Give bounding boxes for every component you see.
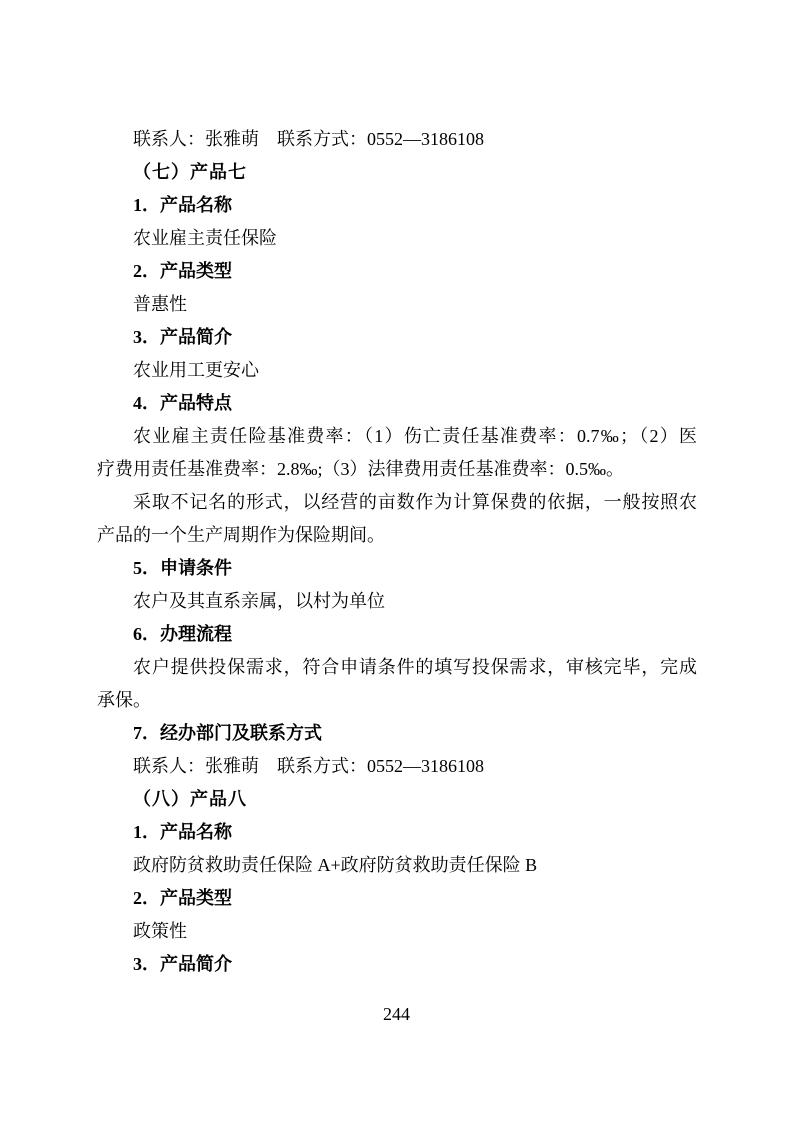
section-title-product-features: 4．产品特点 [97,387,697,420]
section-title-product-type: 2．产品类型 [97,882,697,915]
body-line: 采取不记名的形式，以经营的亩数作为计算保费的依据，一般按照农 [97,486,697,519]
body-line: 政策性 [97,915,697,948]
body-line: 政府防贫救助责任保险 A+政府防贫救助责任保险 B [97,849,697,882]
section-title-product-intro: 3．产品简介 [97,948,697,981]
section-title-product-name: 1．产品名称 [97,189,697,222]
section-title-product-name: 1．产品名称 [97,816,697,849]
body-line: 农业雇主责任险基准费率：（1）伤亡责任基准费率：0.7‰；（2）医 [97,420,697,453]
section-title-product-type: 2．产品类型 [97,255,697,288]
document-page: 联系人：张雅萌 联系方式：0552—3186108 （七）产品七 1．产品名称 … [0,0,793,1122]
body-line: 产品的一个生产周期作为保险期间。 [97,519,697,552]
page-number: 244 [0,998,793,1031]
contact-line: 联系人：张雅萌 联系方式：0552—3186108 [97,750,697,783]
section-title-department-contact: 7．经办部门及联系方式 [97,717,697,750]
body-line: 普惠性 [97,288,697,321]
section-title-process: 6．办理流程 [97,618,697,651]
body-line: 农户及其直系亲属，以村为单位 [97,585,697,618]
contact-line: 联系人：张雅萌 联系方式：0552—3186108 [97,123,697,156]
body-line: 农业雇主责任保险 [97,222,697,255]
product-7-heading: （七）产品七 [97,156,697,189]
body-line: 农户提供投保需求，符合申请条件的填写投保需求，审核完毕，完成 [97,651,697,684]
product-8-heading: （八）产品八 [97,783,697,816]
body-line: 农业用工更安心 [97,354,697,387]
section-title-product-intro: 3．产品简介 [97,321,697,354]
section-title-apply-conditions: 5．申请条件 [97,552,697,585]
body-line: 疗费用责任基准费率：2.8‰;（3）法律费用责任基准费率：0.5‰。 [97,453,697,486]
document-content: 联系人：张雅萌 联系方式：0552—3186108 （七）产品七 1．产品名称 … [97,123,697,981]
body-line: 承保。 [97,684,697,717]
